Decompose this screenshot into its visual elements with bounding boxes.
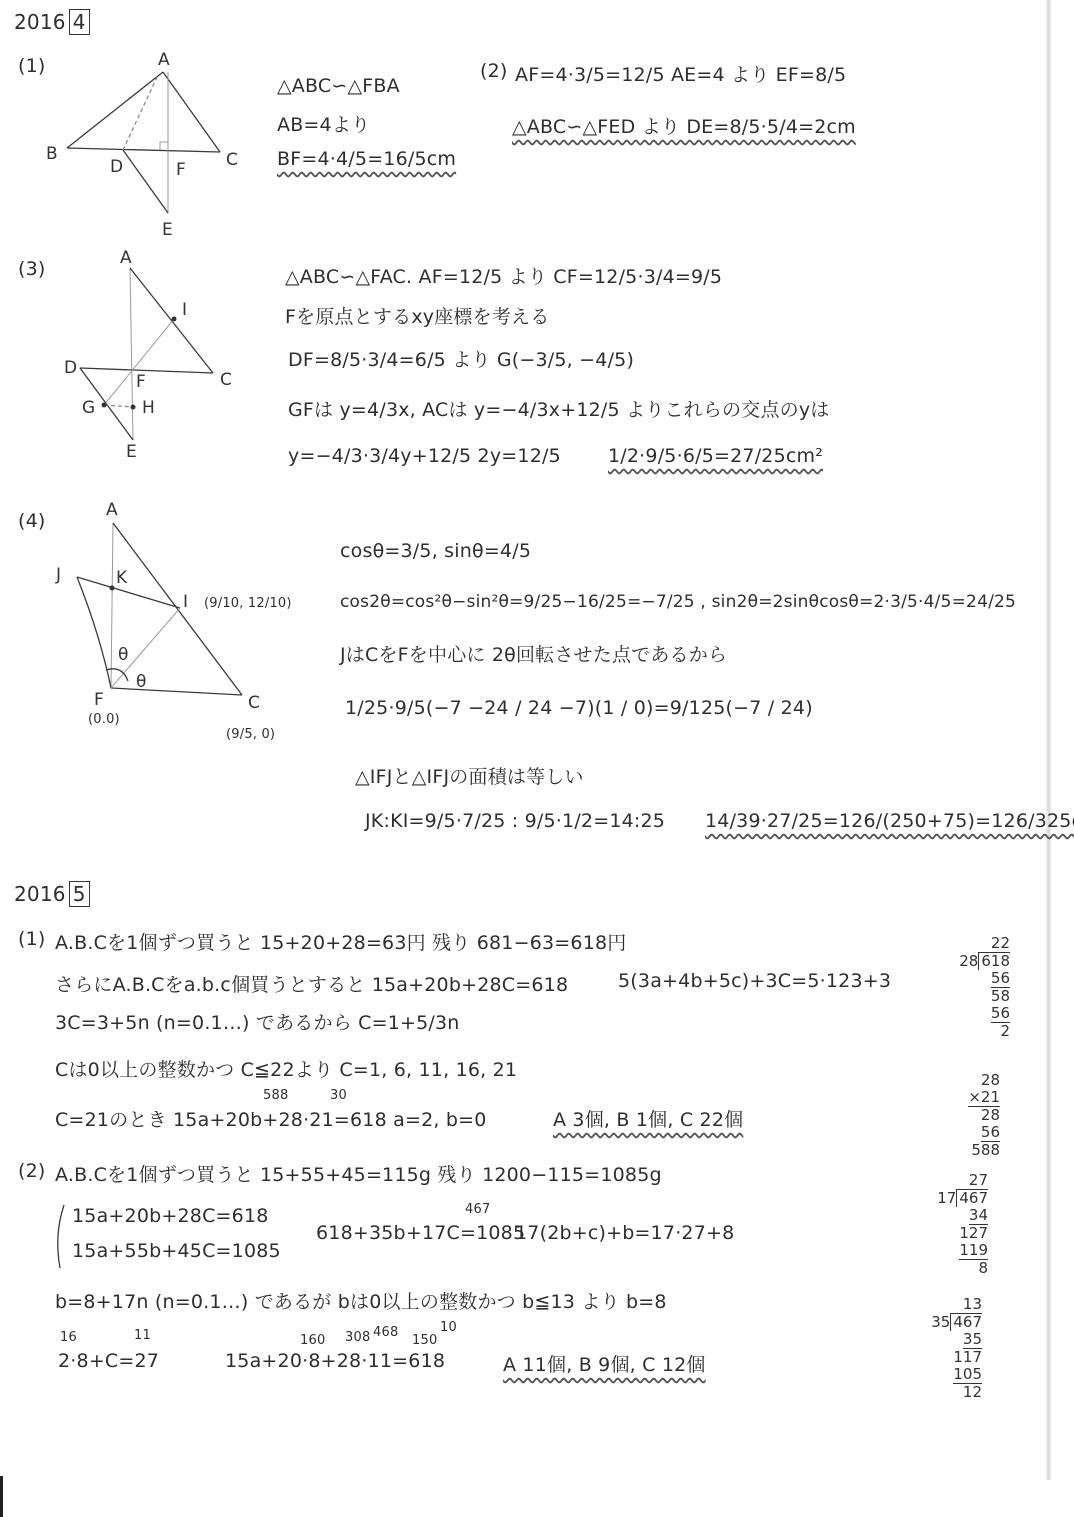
solution-answer-line: 14/39·27/25=126/(250+75)=126/325cm² [705, 810, 1074, 832]
solution-answer-line: △ABC∽△FED より DE=8/5·5/4=2cm [512, 112, 856, 139]
step: 56 [991, 1005, 1010, 1023]
scratch-note: 468 [373, 1325, 398, 1340]
remainder: 2 [950, 1023, 1010, 1040]
figure-triangle-1 [0, 0, 260, 240]
equation-line: 15a+20b+28C=618 [72, 1205, 269, 1227]
divisor: 35 [931, 1313, 950, 1331]
vertex-label-e: E [126, 442, 137, 462]
equation-line: 17(2b+c)+b=17·27+8 [515, 1222, 734, 1244]
equation-line: 15a+20·8+28·11=618 [225, 1350, 445, 1372]
final-answer: A 3個, B 1個, C 22個 [553, 1105, 743, 1132]
part-label: (2) [480, 60, 508, 82]
problem-number-box: 5 [69, 881, 90, 907]
coordinate-c: (9/5, 0) [226, 727, 275, 742]
scan-corner-mark [0, 1476, 3, 1517]
part-label: (2) [18, 1160, 46, 1182]
equation-line: 2·8+C=27 [58, 1350, 159, 1372]
solution-line: DF=8/5·3/4=6/5 より G(−3/5, −4/5) [288, 345, 634, 372]
divisor: 28 [959, 952, 978, 970]
step: 119 [959, 1242, 988, 1260]
step: 105 [953, 1366, 982, 1384]
solution-line: JK:KI=9/5·7/25 : 9/5·1/2=14:25 [365, 810, 665, 832]
angle-theta-label: θ [118, 645, 128, 665]
quotient: 27 [930, 1172, 988, 1189]
solution-line: JはCをFを中心に 2θ回転させた点であるから [340, 640, 727, 667]
vertex-label-j: J [56, 565, 61, 585]
step: 28 [950, 1107, 1000, 1124]
solution-line: A.B.Cを1個ずつ買うと 15+55+45=115g 残り 1200−115=… [55, 1160, 662, 1187]
scratch-note: 30 [330, 1088, 347, 1103]
step: 58 [950, 988, 1010, 1005]
solution-line: cosθ=3/5, sinθ=4/5 [340, 540, 531, 562]
equation-line: 618+35b+17C=1085 [316, 1222, 525, 1244]
multiplier: ×21 [968, 1089, 1000, 1107]
scratch-note: 150 [412, 1333, 437, 1348]
vertex-label-c: C [220, 370, 232, 390]
remainder: 12 [924, 1384, 982, 1401]
solution-line: y=−4/3·3/4y+12/5 2y=12/5 [288, 445, 561, 467]
vertex-label-a: A [120, 248, 132, 268]
vertex-label-k: K [116, 568, 127, 588]
step: 56 [981, 1124, 1000, 1142]
remainder: 8 [930, 1260, 988, 1277]
dividend: 467 [956, 1189, 988, 1207]
equation-line: 15a+55b+45C=1085 [72, 1240, 281, 1262]
system-brace [50, 1200, 70, 1270]
coordinate-i: (9/10, 12/10) [204, 596, 292, 611]
coordinate-f: (0.0) [88, 712, 120, 727]
vertex-label-e: E [162, 220, 173, 240]
vertex-label-b: B [46, 144, 58, 164]
solution-line: Cは0以上の整数かつ C≦22より C=1, 6, 11, 16, 21 [55, 1055, 517, 1082]
long-division-618-by-28: 22 28618 56 58 56 2 [950, 935, 1010, 1040]
final-answer: A 11個, B 9個, C 12個 [503, 1350, 706, 1377]
scratch-note: 467 [465, 1202, 490, 1217]
solution-line: AF=4·3/5=12/5 AE=4 より EF=8/5 [515, 60, 846, 87]
solution-line: AB=4より [277, 110, 370, 137]
vertex-label-f: F [136, 372, 146, 392]
scratch-note: 16 [60, 1330, 77, 1345]
part-label: (1) [18, 928, 46, 950]
long-division-467-by-17: 27 17467 34 127 119 8 [930, 1172, 988, 1277]
dividend: 618 [978, 952, 1010, 970]
scan-page-edge [1046, 0, 1051, 1480]
step: 34 [969, 1207, 988, 1225]
heading-year: 2016 [14, 882, 66, 906]
multiplicand: 28 [950, 1072, 1000, 1089]
solution-line: GFは y=4/3x, ACは y=−4/3x+12/5 よりこれらの交点のyは [288, 395, 830, 422]
scratch-note: 10 [440, 1320, 457, 1335]
long-division-467-by-35: 13 35467 35 117 105 12 [924, 1296, 982, 1401]
vertex-label-i: I [183, 592, 188, 612]
vertex-label-d: D [64, 358, 77, 378]
solution-line: さらにA.B.Cをa.b.c個買うとすると 15a+20b+28C=618 [55, 970, 568, 997]
scratch-note: 160 [300, 1333, 325, 1348]
vertex-label-c: C [248, 693, 260, 713]
step: 56 [991, 970, 1010, 988]
step: 127 [930, 1225, 988, 1242]
step: 117 [924, 1349, 982, 1366]
vertex-label-a: A [158, 50, 170, 70]
quotient: 22 [950, 935, 1010, 952]
scratch-note: 308 [345, 1330, 370, 1345]
solution-line: △ABC∽△FAC. AF=12/5 より CF=12/5·3/4=9/5 [285, 262, 722, 289]
solution-line: △ABC∽△FBA [277, 75, 400, 97]
solution-line: 3C=3+5n (n=0.1…) であるから C=1+5/3n [55, 1008, 460, 1035]
figure-triangle-3 [0, 240, 280, 470]
step: 35 [963, 1331, 982, 1349]
quotient: 13 [924, 1296, 982, 1313]
solution-line: 5(3a+4b+5c)+3C=5·123+3 [618, 970, 891, 992]
scratch-note: 11 [134, 1328, 151, 1343]
vertex-label-g: G [82, 398, 95, 418]
multiplication-28x21: 28 ×21 28 56 588 [950, 1072, 1000, 1159]
product: 588 [950, 1142, 1000, 1159]
solution-line: △IFJと△IFJの面積は等しい [355, 762, 584, 789]
divisor: 17 [937, 1189, 956, 1207]
solution-answer-line: BF=4·4/5=16/5cm [277, 148, 456, 170]
vertex-label-h: H [142, 398, 155, 418]
figure-triangle-4 [0, 495, 300, 755]
vertex-label-c: C [226, 150, 238, 170]
solution-answer-line: 1/2·9/5·6/5=27/25cm² [608, 445, 823, 467]
solution-line: Fを原点とするxy座標を考える [285, 302, 549, 329]
vertex-label-d: D [110, 157, 123, 177]
vertex-label-i: I [182, 300, 187, 320]
angle-theta-label: θ [136, 672, 146, 692]
dividend: 467 [950, 1313, 982, 1331]
solution-line: cos2θ=cos²θ−sin²θ=9/25−16/25=−7/25 , sin… [340, 592, 1016, 612]
vertex-label-a: A [106, 500, 118, 520]
solution-line: A.B.Cを1個ずつ買うと 15+20+28=63円 残り 681−63=618… [55, 928, 626, 955]
solution-line: C=21のとき 15a+20b+28·21=618 a=2, b=0 [55, 1105, 487, 1132]
scratch-note: 588 [263, 1088, 288, 1103]
vertex-label-f: F [176, 160, 186, 180]
solution-line: 1/25·9/5(−7 −24 / 24 −7)(1 / 0)=9/125(−7… [345, 697, 813, 719]
section5-heading: 20165 [14, 882, 90, 906]
solution-line: b=8+17n (n=0.1…) であるが bは0以上の整数かつ b≦13 より… [55, 1287, 667, 1314]
vertex-label-f: F [94, 690, 104, 710]
